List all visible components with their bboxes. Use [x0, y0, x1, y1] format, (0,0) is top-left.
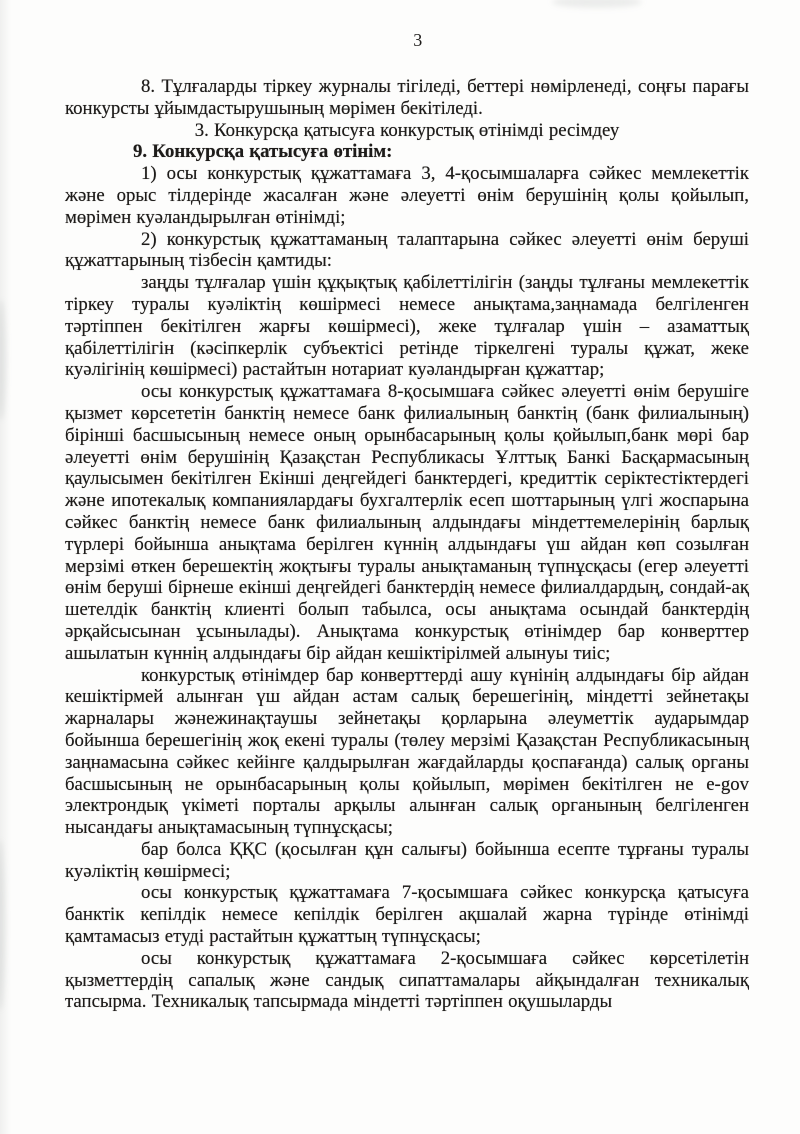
clause-9-heading-application: 9. Конкурсқа қатысуға өтінім: [65, 141, 749, 163]
scan-smudge [0, 300, 6, 420]
clause-bid-security-document: осы конкурстық құжаттамаға 7-қосымшаға с… [65, 882, 749, 947]
page-number: 3 [0, 30, 800, 51]
clause-tax-debt-certificate: конкурстық өтінімдер бар конверттерді аш… [65, 665, 749, 839]
clause-registration-journal: 8. Тұлғаларды тіркеу журналы тігіледі, б… [65, 76, 749, 120]
scan-edge-shadow [0, 0, 14, 1134]
clause-bank-debt-certificate: осы конкурстық құжаттамаға 8-қосымшаға с… [65, 381, 749, 664]
clause-legal-capacity-documents: заңды тұлғалар үшін құқықтық қабілеттілі… [65, 272, 749, 381]
section-heading-application-formalization: 3. Конкурсқа қатысуға конкурстық өтінімд… [65, 120, 749, 142]
subclause-2-document-list: 2) конкурстық құжаттаманың талаптарына с… [65, 229, 749, 273]
clause-technical-specification: осы конкурстық құжаттамаға 2-қосымшаға с… [65, 948, 749, 1013]
scanned-document-page: 3 8. Тұлғаларды тіркеу журналы тігіледі,… [0, 0, 800, 1134]
document-text-block: 8. Тұлғаларды тіркеу журналы тігіледі, б… [65, 76, 749, 1013]
subclause-1-application-languages: 1) осы конкурстық құжаттамаға 3, 4-қосым… [65, 163, 749, 228]
clause-vat-certificate-copy: бар болса ҚҚС (қосылған құн салығы) бойы… [65, 839, 749, 883]
scan-smudge [0, 840, 5, 1010]
scan-smudge [552, 0, 642, 8]
